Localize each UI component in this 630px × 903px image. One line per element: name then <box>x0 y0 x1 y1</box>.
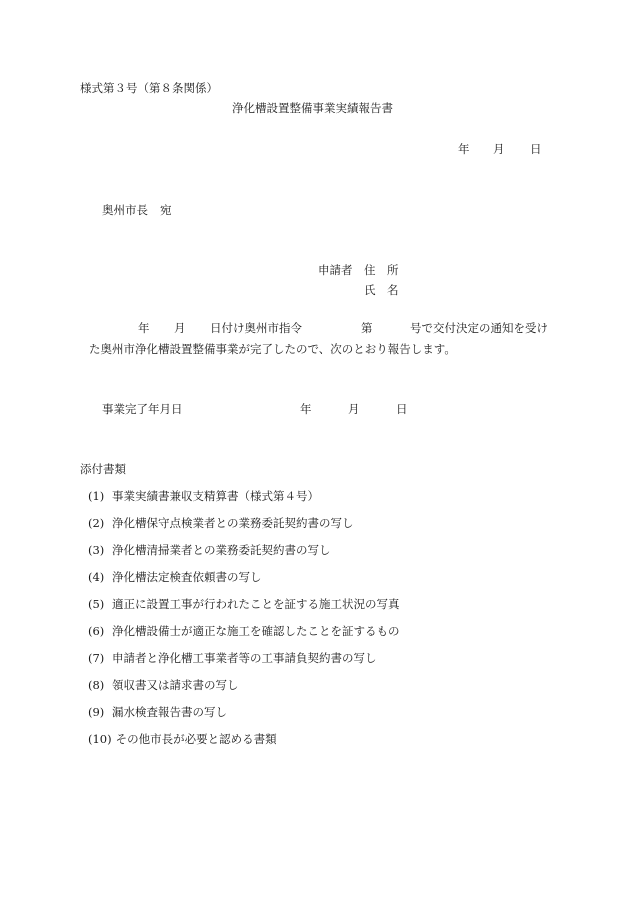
report-date-day-label: 日 <box>530 142 542 156</box>
document-title: 浄化槽設置整備事業実績報告書 <box>232 101 393 115</box>
attachment-text: 浄化槽設備士が適正な施工を確認したことを証するもの <box>112 624 400 638</box>
decision-day-reference: 日付け奥州市指令 <box>210 321 302 335</box>
statement-line1-suffix: 号で交付決定の通知を受け <box>410 321 548 335</box>
attachment-text: 申請者と浄化槽工事業者等の工事請負契約書の写し <box>112 651 377 665</box>
attachment-text: 浄化槽保守点検業者との業務委託契約書の写し <box>112 516 354 530</box>
attachment-number: (7) <box>88 651 108 665</box>
attachment-text: 漏水検査報告書の写し <box>112 705 227 719</box>
completion-day-label: 日 <box>396 402 408 416</box>
completion-month-label: 月 <box>348 402 360 416</box>
attachment-number: (5) <box>88 597 108 611</box>
attachment-text: 浄化槽法定検査依頼書の写し <box>112 570 262 584</box>
attachment-item: (8)領収書又は請求書の写し <box>88 678 239 692</box>
attachment-item: (3)浄化槽清掃業者との業務委託契約書の写し <box>88 543 331 557</box>
attachment-text: その他市長が必要と認める書類 <box>116 732 277 746</box>
attachment-text: 事業実績書兼収支精算書（様式第４号） <box>112 489 319 503</box>
form-number: 様式第３号（第８条関係） <box>80 81 218 95</box>
decision-year-label: 年 <box>138 321 150 335</box>
applicant-name-label: 氏 名 <box>364 283 399 297</box>
applicant-label: 申請者 <box>318 263 353 277</box>
attachment-number: (9) <box>88 705 108 719</box>
applicant-address-label: 住 所 <box>364 263 399 277</box>
attachment-item: (6)浄化槽設備士が適正な施工を確認したことを証するもの <box>88 624 400 638</box>
statement-line2: た奥州市浄化槽設置整備事業が完了したので、次のとおり報告します。 <box>89 342 456 356</box>
attachment-text: 適正に設置工事が行われたことを証する施工状況の写真 <box>112 597 400 611</box>
attachment-number: (1) <box>88 489 108 503</box>
attachment-number: (2) <box>88 516 108 530</box>
attachment-item: (9)漏水検査報告書の写し <box>88 705 227 719</box>
attachment-item: (2)浄化槽保守点検業者との業務委託契約書の写し <box>88 516 354 530</box>
attachment-item: (5)適正に設置工事が行われたことを証する施工状況の写真 <box>88 597 400 611</box>
attachment-number: (3) <box>88 543 108 557</box>
attachment-item: (1)事業実績書兼収支精算書（様式第４号） <box>88 489 319 503</box>
report-date-year-label: 年 <box>458 142 470 156</box>
attachment-number: (4) <box>88 570 108 584</box>
decision-number-prefix: 第 <box>361 321 373 335</box>
attachments-heading: 添付書類 <box>80 462 126 476</box>
addressee-name: 奥州市長 <box>102 203 148 217</box>
attachment-text: 浄化槽清掃業者との業務委託契約書の写し <box>112 543 331 557</box>
attachment-item: (7)申請者と浄化槽工事業者等の工事請負契約書の写し <box>88 651 377 665</box>
attachment-item: (4)浄化槽法定検査依頼書の写し <box>88 570 262 584</box>
attachment-text: 領収書又は請求書の写し <box>112 678 239 692</box>
attachment-number: (8) <box>88 678 108 692</box>
attachment-item: (10)その他市長が必要と認める書類 <box>88 732 277 746</box>
completion-year-label: 年 <box>300 402 312 416</box>
attachment-number: (6) <box>88 624 108 638</box>
completion-date-label: 事業完了年月日 <box>102 402 183 416</box>
document-page: 様式第３号（第８条関係） 浄化槽設置整備事業実績報告書 年 月 日 奥州市長 宛… <box>0 0 630 903</box>
attachment-number: (10) <box>88 732 112 746</box>
addressee-suffix: 宛 <box>160 203 172 217</box>
decision-month-label: 月 <box>174 321 186 335</box>
report-date-month-label: 月 <box>493 142 505 156</box>
